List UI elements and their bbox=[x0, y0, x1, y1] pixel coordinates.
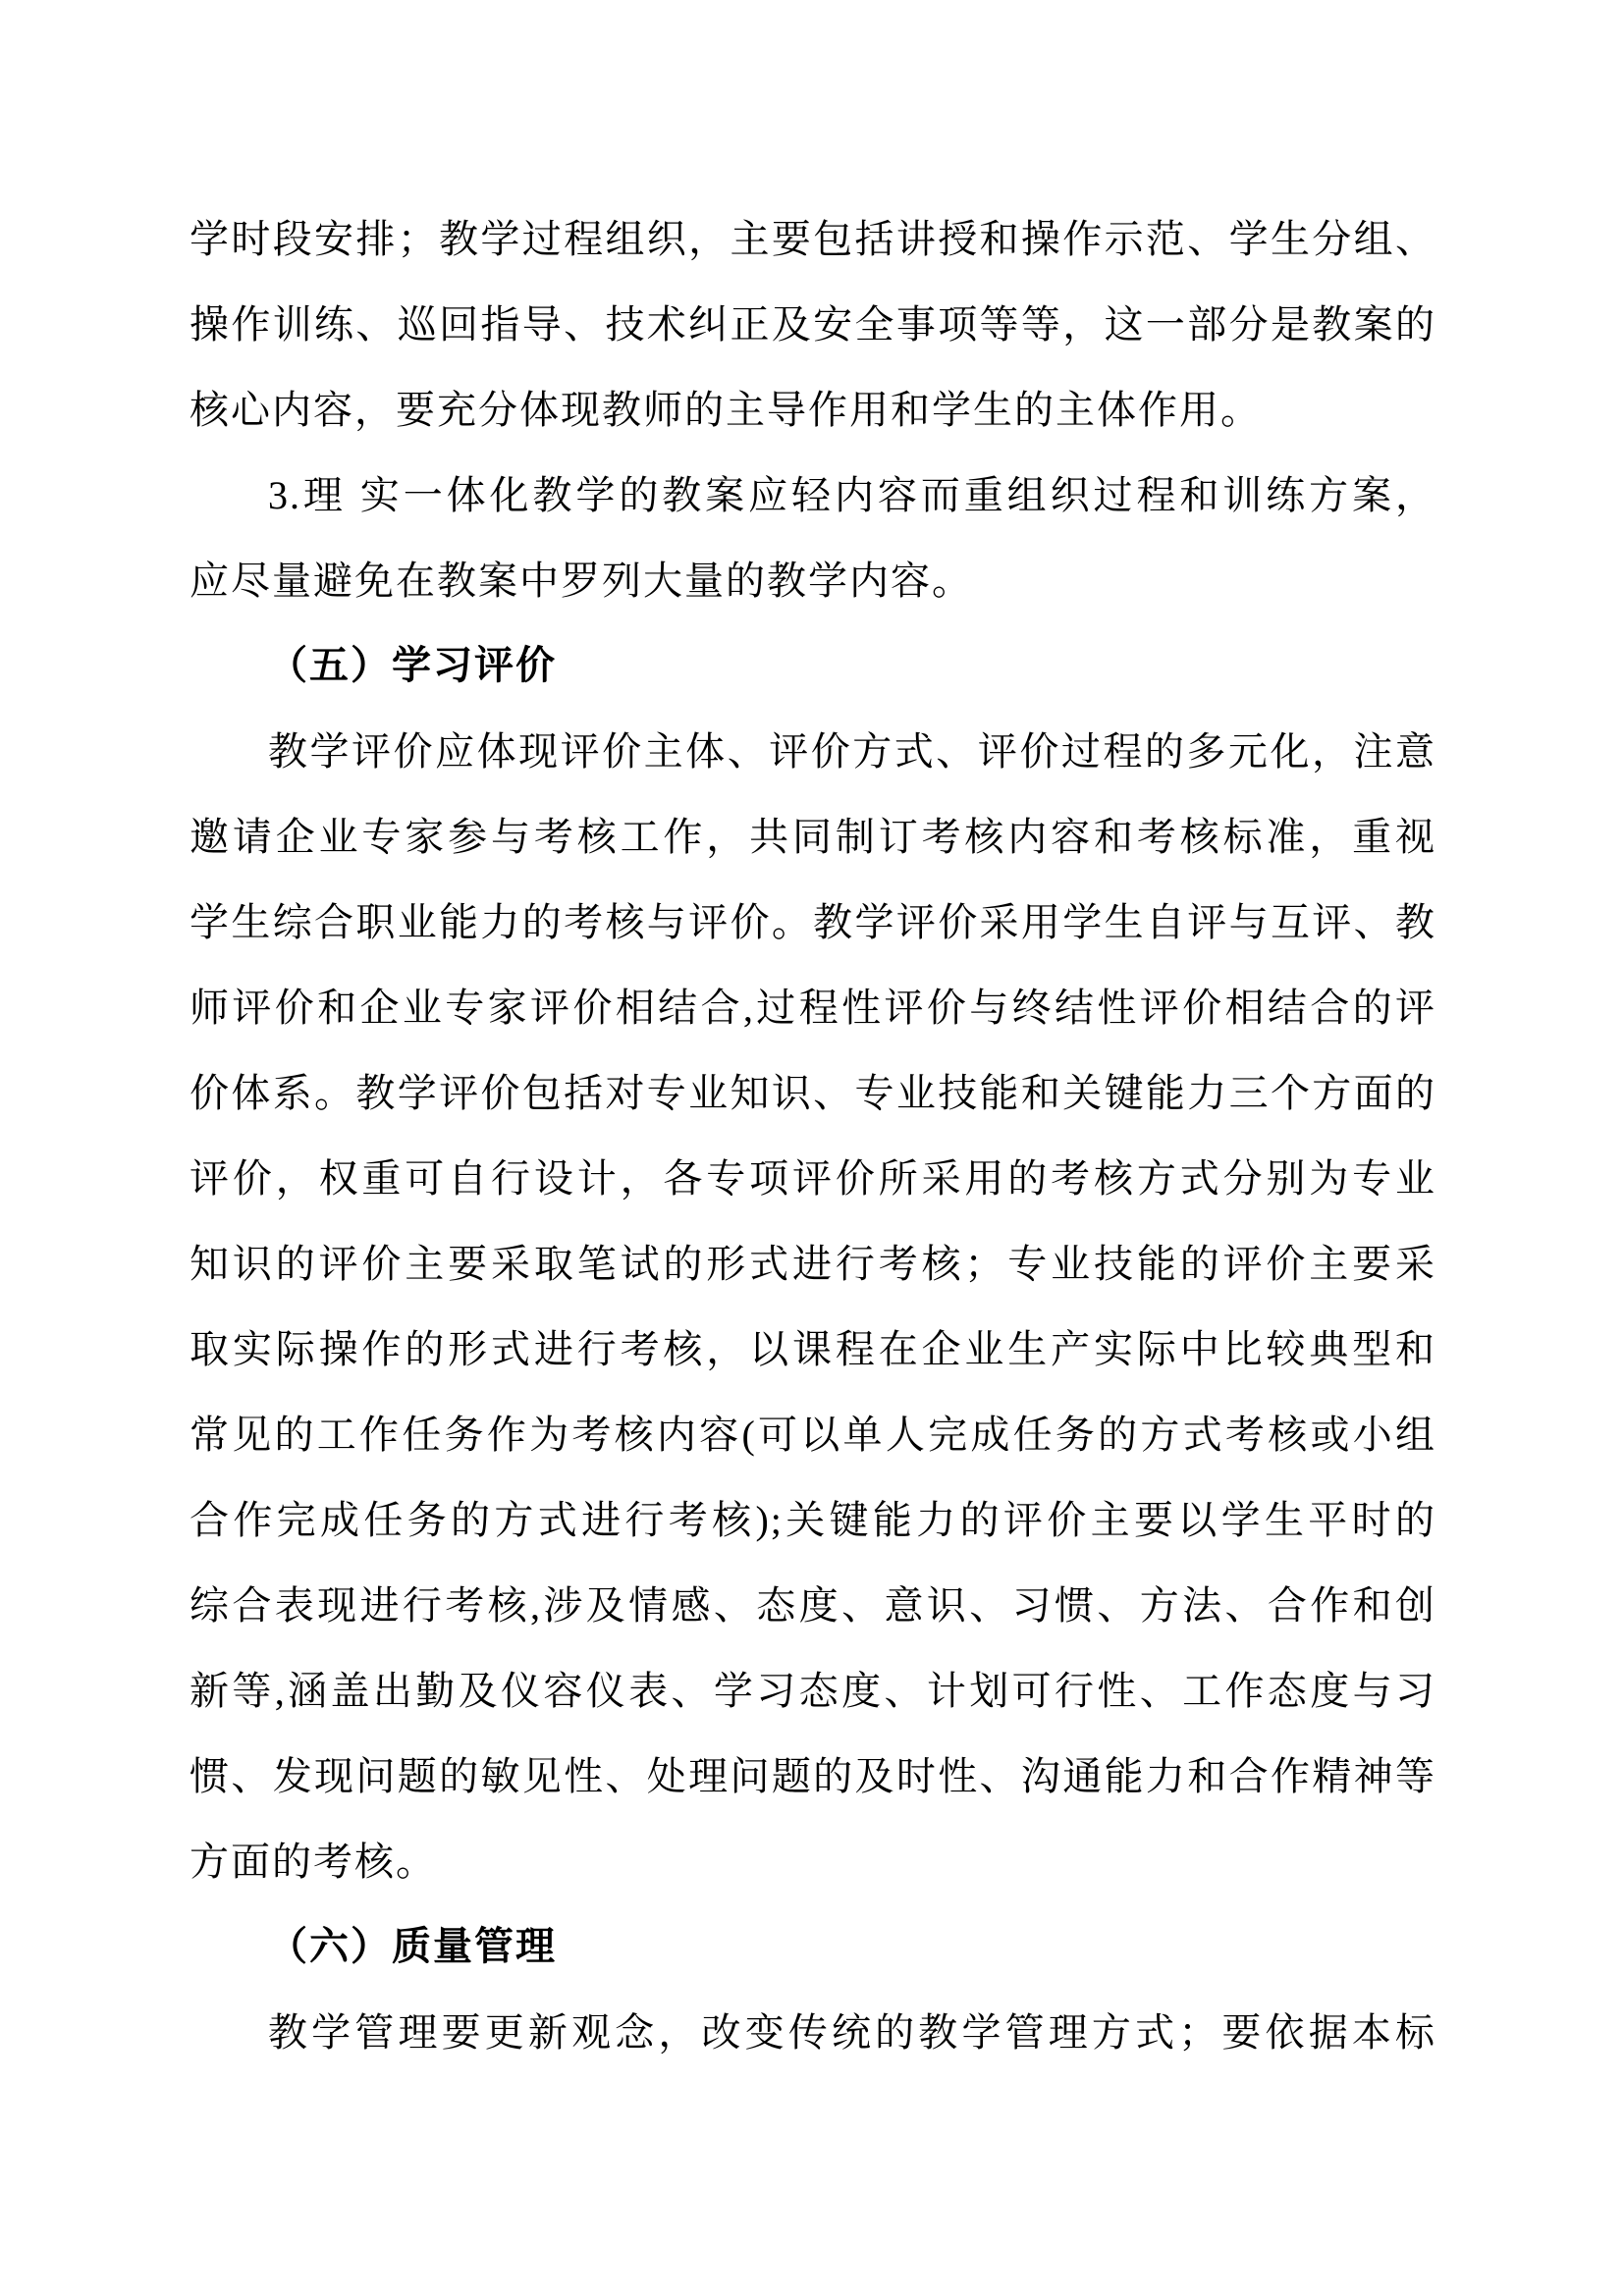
body-text-line: 取实际操作的形式进行考核，以课程在企业生产实际中比较典型和 bbox=[189, 1307, 1436, 1392]
body-text-line: 教学评价应体现评价主体、评价方式、评价过程的多元化，注意 bbox=[189, 709, 1436, 794]
document-text-block: 学时段安排；教学过程组织，主要包括讲授和操作示范、学生分组、 操作训练、巡回指导… bbox=[189, 196, 1436, 2075]
body-text-line: 评价，权重可自行设计，各专项评价所采用的考核方式分别为专业 bbox=[189, 1136, 1436, 1221]
document-page: { "page": { "background": "#ffffff", "te… bbox=[0, 0, 1624, 2296]
body-text-line: 惯、发现问题的敏见性、处理问题的及时性、沟通能力和合作精神等 bbox=[189, 1734, 1436, 1819]
body-text-line: 应尽量避免在教案中罗列大量的教学内容。 bbox=[189, 538, 1436, 623]
body-text-line: 新等,涵盖出勤及仪容仪表、学习态度、计划可行性、工作态度与习 bbox=[189, 1648, 1436, 1734]
section-heading-6: （六）质量管理 bbox=[189, 1904, 1436, 1990]
body-text-line: 价体系。教学评价包括对专业知识、专业技能和关键能力三个方面的 bbox=[189, 1050, 1436, 1136]
body-text-line: 师评价和企业专家评价相结合,过程性评价与终结性评价相结合的评 bbox=[189, 965, 1436, 1050]
body-text-line: 学时段安排；教学过程组织，主要包括讲授和操作示范、学生分组、 bbox=[189, 196, 1436, 282]
body-text-line: 核心内容，要充分体现教师的主导作用和学生的主体作用。 bbox=[189, 367, 1436, 453]
body-text-line: 操作训练、巡回指导、技术纠正及安全事项等等，这一部分是教案的 bbox=[189, 282, 1436, 367]
body-text-line: 常见的工作任务作为考核内容(可以单人完成任务的方式考核或小组 bbox=[189, 1392, 1436, 1477]
section-heading-5: （五）学习评价 bbox=[189, 623, 1436, 709]
body-text-line: 邀请企业专家参与考核工作，共同制订考核内容和考核标准，重视 bbox=[189, 794, 1436, 880]
document-page-surface: 学时段安排；教学过程组织，主要包括讲授和操作示范、学生分组、 操作训练、巡回指导… bbox=[0, 0, 1624, 2296]
body-text-line: 学生综合职业能力的考核与评价。教学评价采用学生自评与互评、教 bbox=[189, 880, 1436, 965]
body-text-line: 综合表现进行考核,涉及情感、态度、意识、习惯、方法、合作和创 bbox=[189, 1563, 1436, 1648]
body-text-line: 教学管理要更新观念，改变传统的教学管理方式；要依据本标 bbox=[189, 1990, 1436, 2075]
body-text-line: 合作完成任务的方式进行考核);关键能力的评价主要以学生平时的 bbox=[189, 1477, 1436, 1563]
body-text-line: 知识的评价主要采取笔试的形式进行考核；专业技能的评价主要采 bbox=[189, 1221, 1436, 1307]
body-text-line: 方面的考核。 bbox=[189, 1819, 1436, 1904]
body-text-line: 3.理 实一体化教学的教案应轻内容而重组织过程和训练方案， bbox=[189, 453, 1436, 538]
